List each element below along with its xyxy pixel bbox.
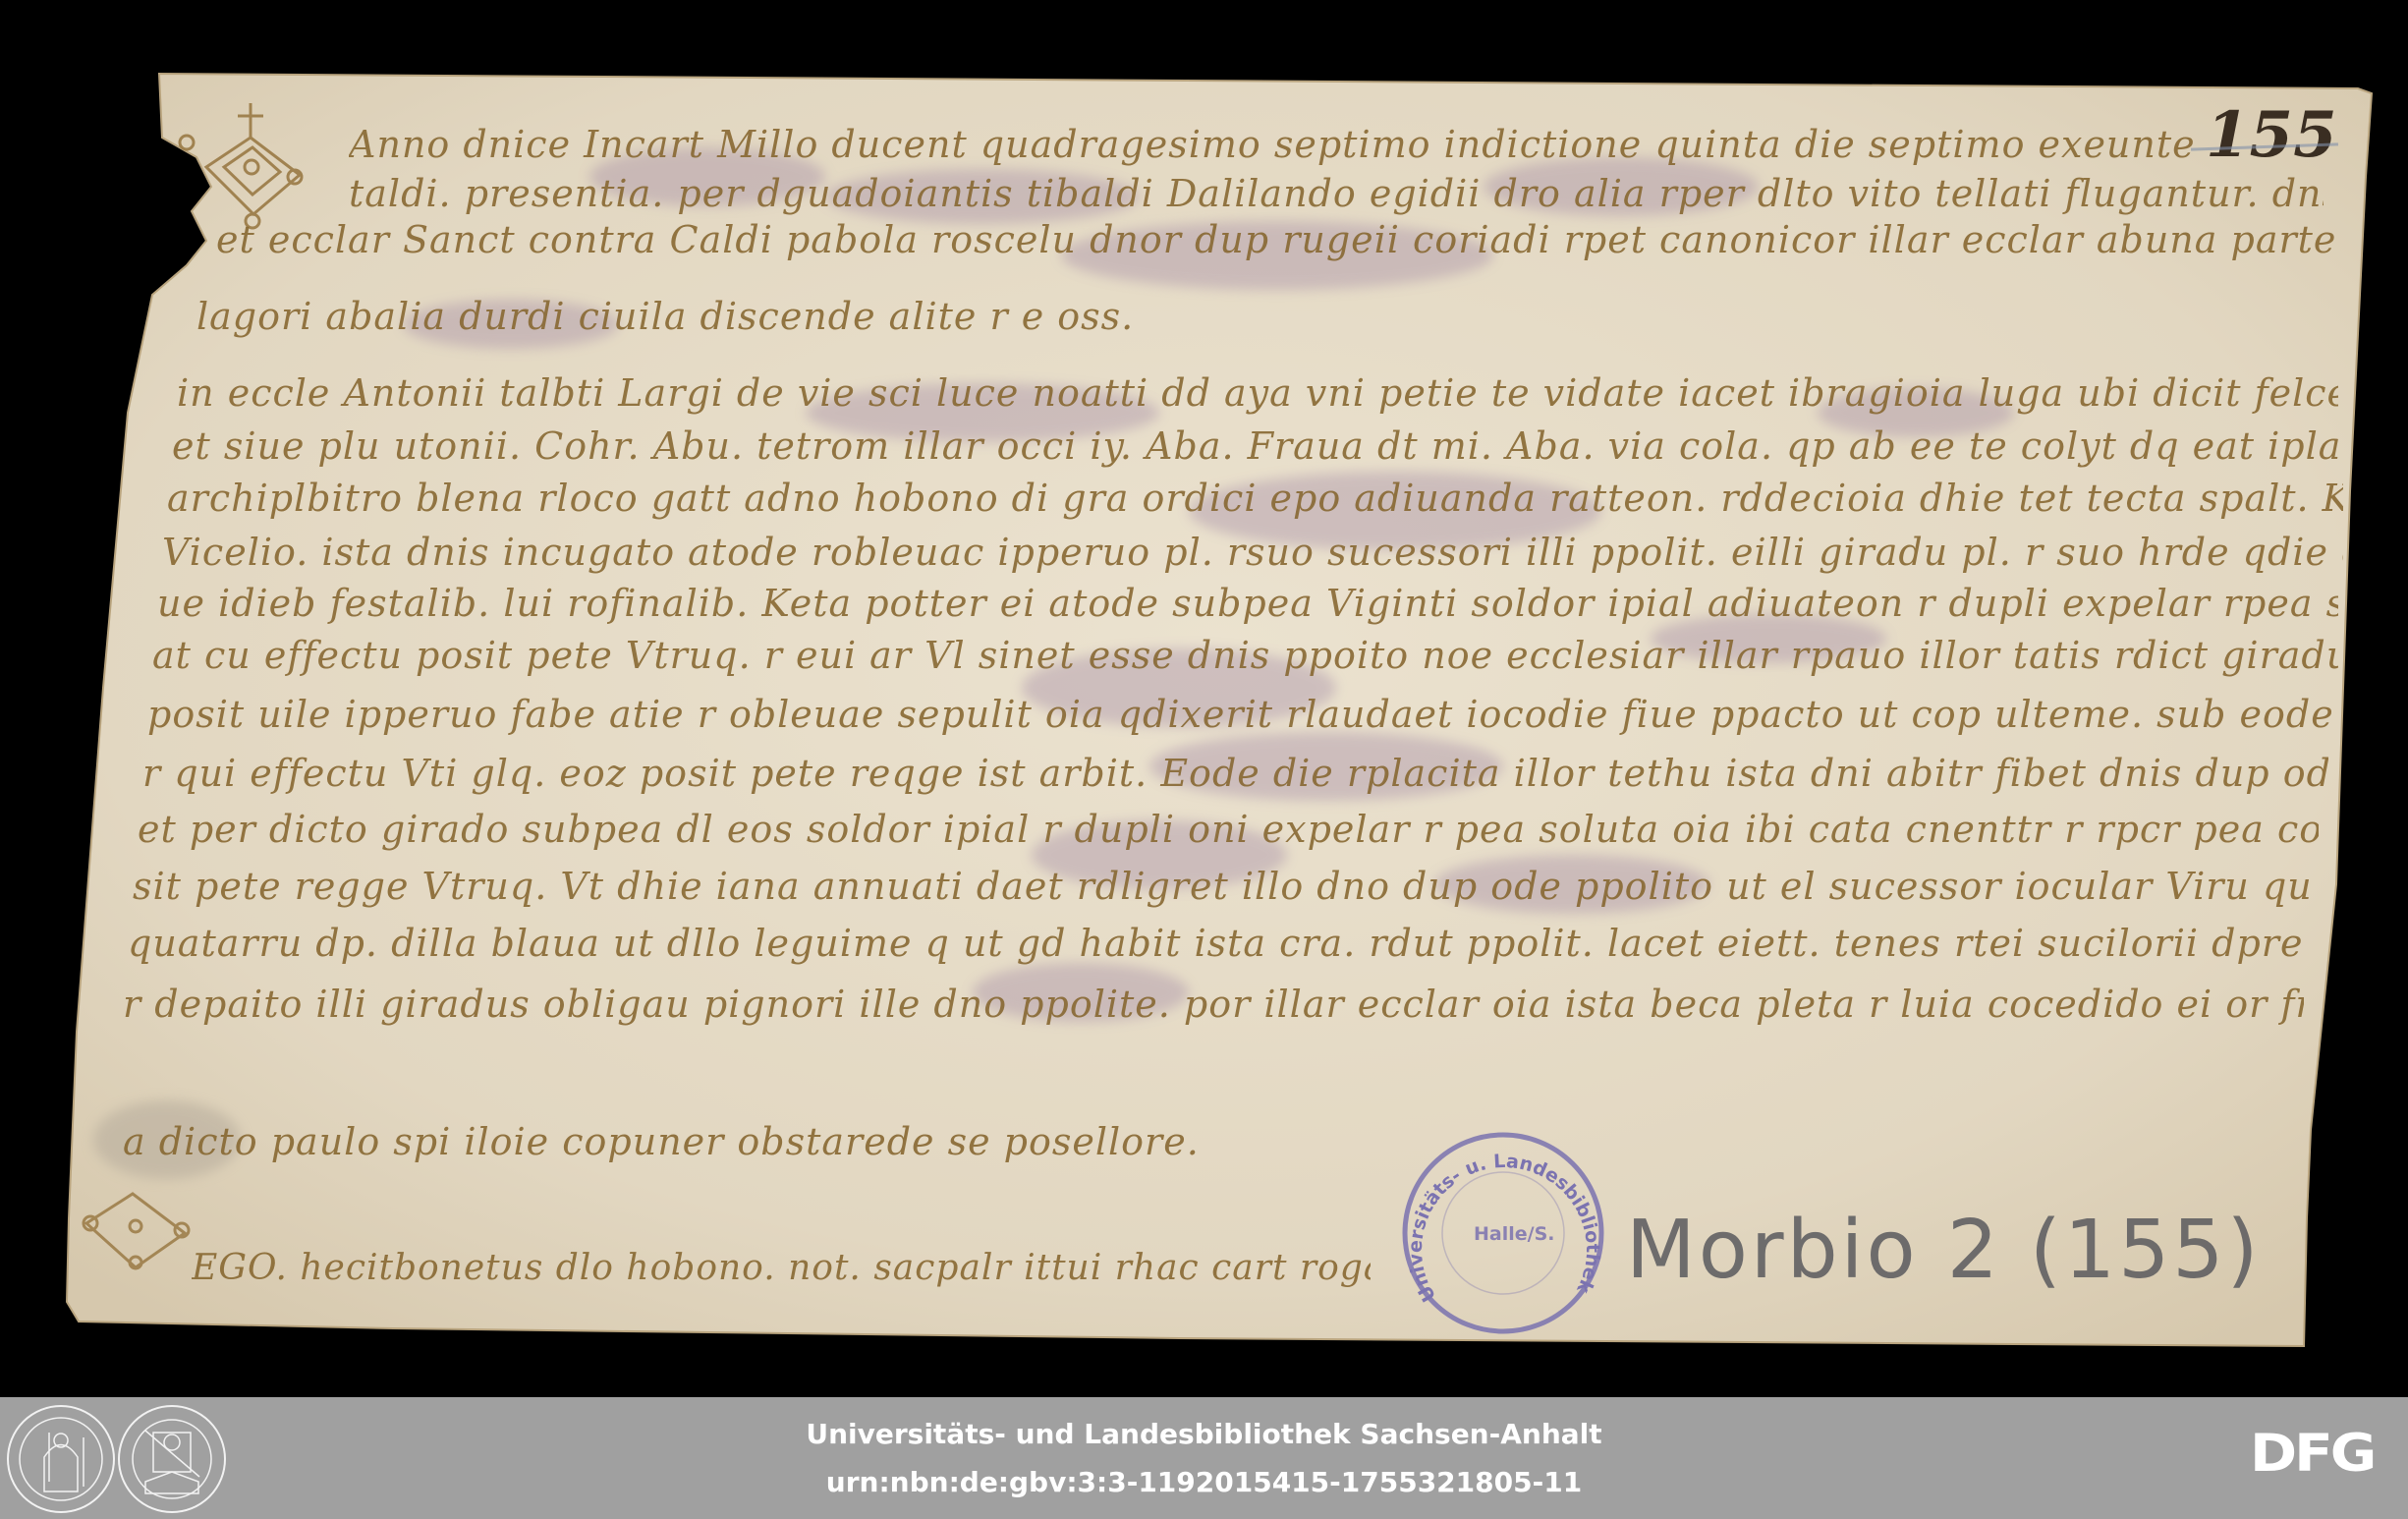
document-viewer: Halle/S. Universitäts- u. Landesbiblioth… bbox=[0, 0, 2408, 1397]
manuscript-line: et per dicto girado subpea dl eos soldor… bbox=[138, 808, 2319, 851]
manuscript-line: sit pete regge Vtruq. Vt dhie iana annua… bbox=[133, 865, 2309, 908]
manuscript-line: archiplbitro blena rloco gatt adno hobon… bbox=[167, 477, 2343, 520]
manuscript-line: taldi. presentia. per dguadoiantis tibal… bbox=[349, 172, 2324, 215]
footer-urn[interactable]: urn:nbn:de:gbv:3:3-1192015415-1755321805… bbox=[0, 1466, 2408, 1498]
footer-bar: Universitäts- und Landesbibliothek Sachs… bbox=[0, 1397, 2408, 1519]
manuscript-line: Anno dnice Incart Millo ducent quadrages… bbox=[349, 123, 2196, 166]
manuscript-line: r depaito illi giradus obligau pignori i… bbox=[123, 983, 2304, 1026]
manuscript-line: r qui effectu Vti glq. eoz posit pete re… bbox=[142, 752, 2328, 795]
dfg-logo-icon: DFG bbox=[2250, 1428, 2374, 1479]
manuscript-line: lagori abalia durdi ciuila discende alit… bbox=[196, 295, 1179, 338]
manuscript-line: et ecclar Sanct contra Caldi pabola rosc… bbox=[216, 218, 2348, 261]
manuscript-line: a dicto paulo spi iloie copuner obstared… bbox=[123, 1120, 1204, 1163]
manuscript-line: Vicelio. ista dnis incugato atode robleu… bbox=[162, 531, 2343, 574]
manuscript-line: posit uile ipperuo fabe atie r obleuae s… bbox=[147, 693, 2333, 736]
manuscript-line: at cu effectu posit pete Vtruq. r eui ar… bbox=[152, 634, 2338, 677]
notary-subscription-line: EGO. hecitbonetus dlo hobono. not. sacpa… bbox=[192, 1248, 1371, 1288]
manuscript-line: et siue plu utonii. Cohr. Abu. tetrom il… bbox=[172, 424, 2343, 468]
folio-number: 155 bbox=[2206, 98, 2337, 172]
manuscript-line: in eccle Antonii talbti Largi de vie sci… bbox=[177, 371, 2338, 415]
manuscript-line: quatarru dp. dilla blaua ut dllo leguime… bbox=[128, 922, 2304, 965]
footer-institution-name: Universitäts- und Landesbibliothek Sachs… bbox=[0, 1418, 2408, 1450]
pencil-shelfmark: Morbio 2 (155) bbox=[1626, 1204, 2261, 1297]
manuscript-line: ue idieb festalib. lui rofinalib. Keta p… bbox=[157, 582, 2338, 625]
stamp-inner-text: Halle/S. bbox=[1474, 1223, 1554, 1245]
